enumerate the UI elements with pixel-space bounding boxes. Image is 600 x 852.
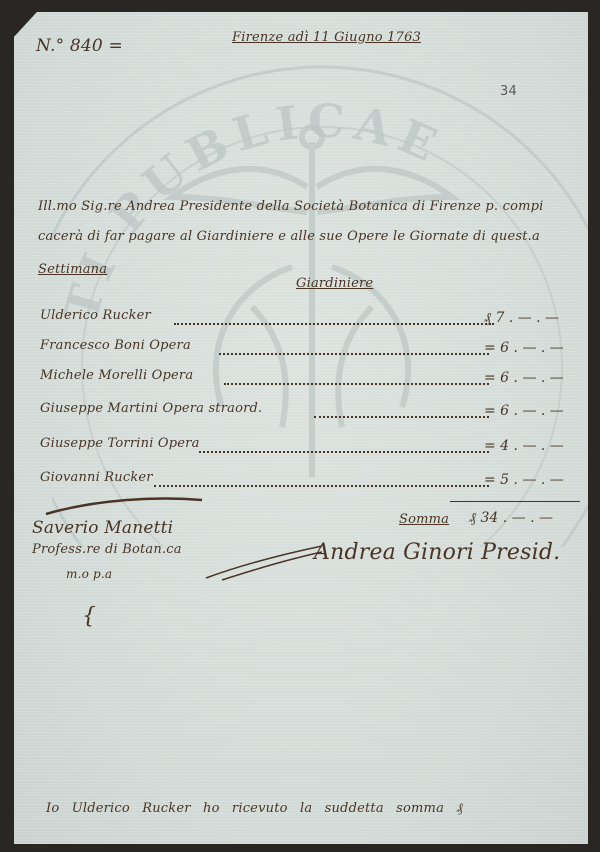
signature-strokes-icon <box>204 542 324 582</box>
section-heading: Giardiniere <box>296 276 373 291</box>
entry-amount: = 6 . — . — <box>484 370 564 386</box>
body-line-2: cacerà di far pagare al Giardiniere e al… <box>38 229 540 244</box>
entry-amount: = 6 . — . — <box>484 340 564 356</box>
entry-name: Giovanni Rucker <box>40 470 153 485</box>
entry-name: Giuseppe Torrini Opera <box>40 436 200 451</box>
entry-amount: = 6 . — . — <box>484 403 564 419</box>
place-date: Firenze adì 11 Giugno 1763 <box>232 30 421 45</box>
entry-amount: ₰ 7 . — . — <box>484 310 559 327</box>
reference-number: N.° 840 = <box>36 36 123 56</box>
leader-dots <box>224 382 489 385</box>
leader-dots <box>314 415 489 418</box>
leader-dots <box>154 484 489 487</box>
entry-name: Francesco Boni Opera <box>40 338 191 353</box>
document-page: TI PUBLICAE N.° 840 = Firenze adì 11 Giu… <box>14 12 588 844</box>
signature-left-title: Profess.re di Botan.ca <box>32 542 182 557</box>
leader-dots <box>174 322 494 325</box>
body-line-3: Settimana <box>38 262 107 277</box>
leader-dots <box>199 450 489 453</box>
flourish-icon <box>44 494 204 518</box>
folio-number: 34 <box>500 84 517 99</box>
signature-left-abbr: m.o p.a <box>66 567 112 581</box>
brace-mark: { <box>82 604 96 629</box>
leader-dots <box>219 352 489 355</box>
receipt-line: Io Ulderico Rucker ho ricevuto la suddet… <box>46 800 463 816</box>
signature-left-name: Saverio Manetti <box>32 518 173 538</box>
total-amount: ₰ 34 . — . — <box>469 510 553 527</box>
entry-name: Giuseppe Martini Opera straord. <box>40 401 262 416</box>
entry-name: Michele Morelli Opera <box>40 368 193 383</box>
signature-right: Andrea Ginori Presid. <box>314 540 560 565</box>
entry-amount: = 5 . — . — <box>484 472 564 488</box>
entry-amount: = 4 . — . — <box>484 438 564 454</box>
total-label: Somma <box>399 512 449 527</box>
entry-name: Ulderico Rucker <box>40 308 151 323</box>
total-rule <box>450 501 580 502</box>
body-line-1: Ill.mo Sig.re Andrea Presidente della So… <box>38 199 544 214</box>
